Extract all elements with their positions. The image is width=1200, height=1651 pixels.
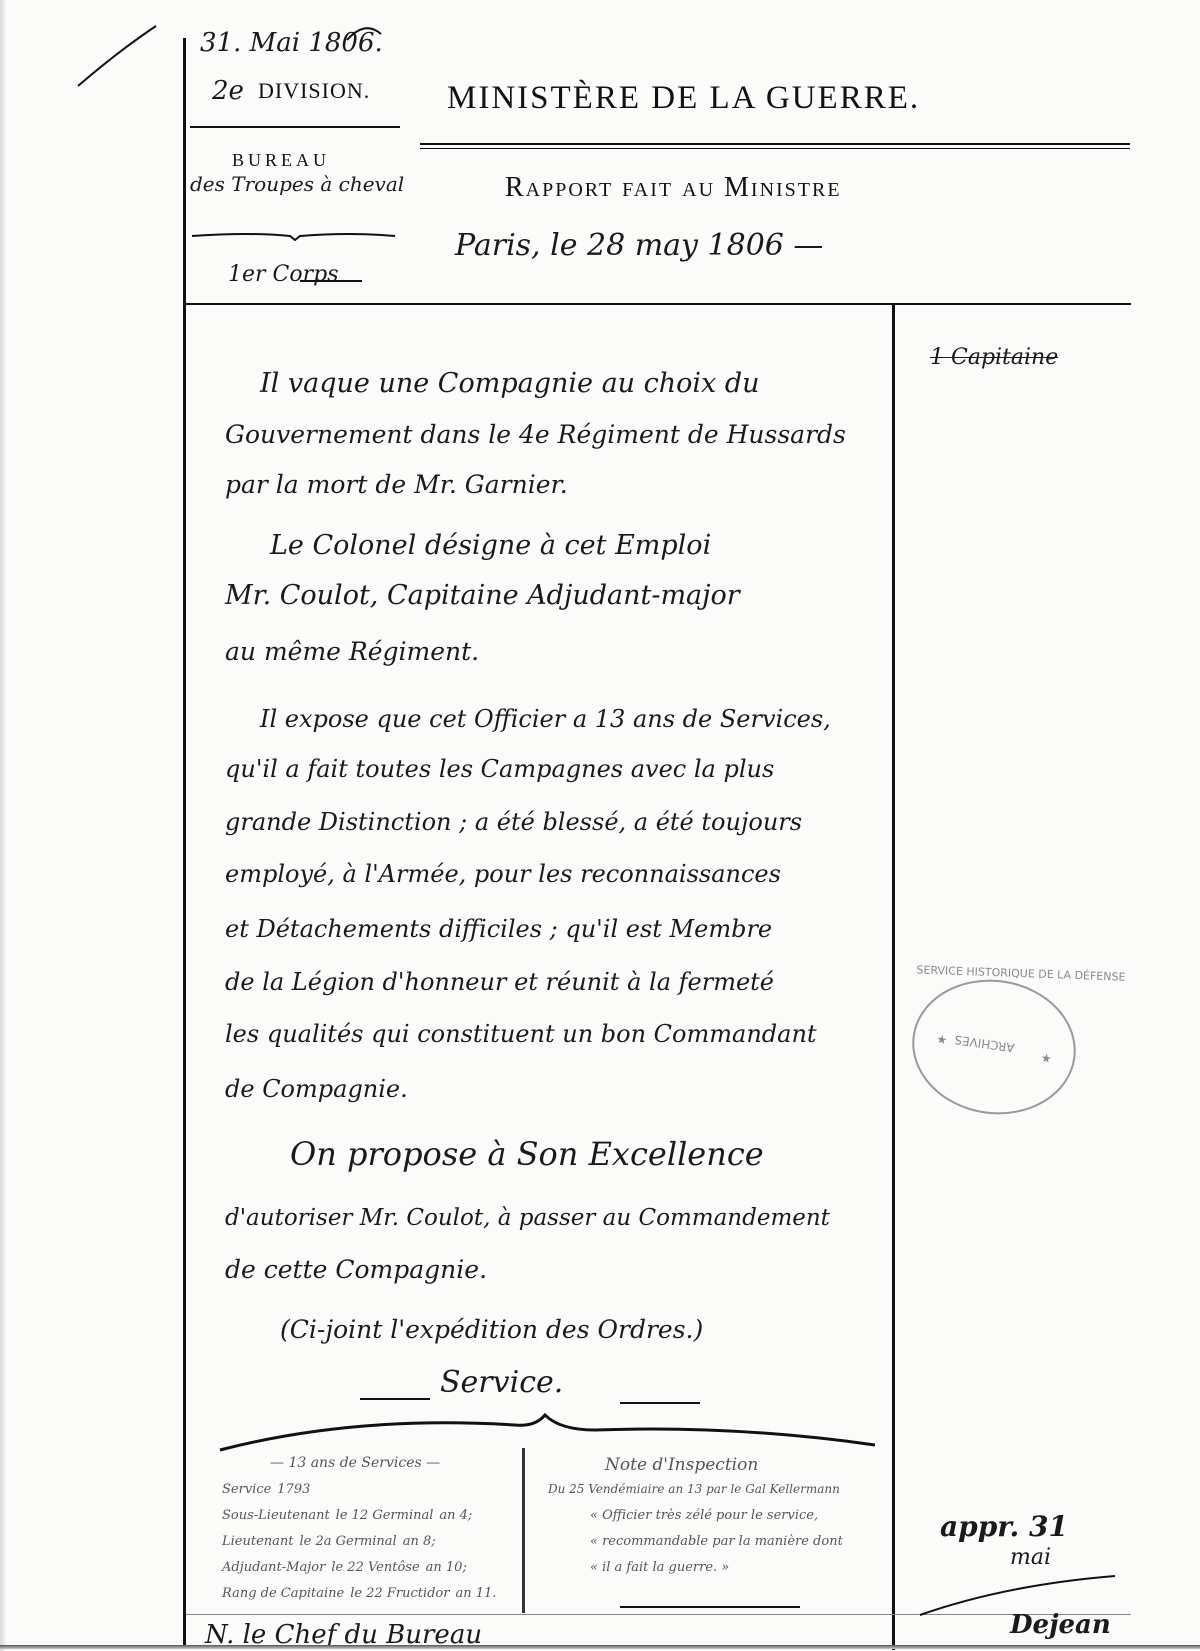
service-dash-right xyxy=(620,1402,700,1404)
date: le 22 Fructidor xyxy=(350,1586,449,1612)
rank: Rang de Capitaine xyxy=(222,1586,344,1612)
body-line: d'autoriser Mr. Coulot, à passer au Comm… xyxy=(225,1205,830,1231)
left-margin-rule xyxy=(183,38,186,1648)
flourish-icon xyxy=(345,20,385,50)
service-row: Service 1793 xyxy=(222,1482,507,1508)
scan-edge xyxy=(0,0,6,1651)
bureau-underline-flourish xyxy=(190,230,400,244)
body-line: par la mort de Mr. Garnier. xyxy=(225,470,568,499)
rank: Adjudant-Major xyxy=(222,1560,325,1586)
body-line: de cette Compagnie. xyxy=(225,1255,487,1284)
right-margin-rule xyxy=(892,305,895,1650)
place-date: Paris, le 28 may 1806 — xyxy=(455,228,823,263)
division-number: 2e xyxy=(212,76,244,106)
inspection-underline xyxy=(620,1606,800,1608)
archive-stamp: SERVICE HISTORIQUE DE LA DÉFENSE ★ ARCHI… xyxy=(903,969,1084,1125)
minister-signature: Dejean xyxy=(1010,1610,1111,1640)
date: le 2a Germinal xyxy=(300,1534,397,1560)
date: le 12 Germinal xyxy=(336,1508,434,1534)
service-row: Rang de Capitaine le 22 Fructidor an 11. xyxy=(222,1586,507,1612)
ministry-rule-bottom xyxy=(420,148,1130,149)
division-label: DIVISION. xyxy=(258,78,370,104)
body-line: Gouvernement dans le 4e Régiment de Huss… xyxy=(225,420,846,449)
corps-label: 1er Corps xyxy=(228,262,339,287)
rank: Sous-Lieutenant xyxy=(222,1508,330,1534)
enclosure-line: (Ci-joint l'expédition des Ordres.) xyxy=(280,1315,703,1344)
bureau-label: BUREAU xyxy=(232,150,330,171)
body-line: Il expose que cet Officier a 13 ans de S… xyxy=(260,705,831,733)
stamp-inner-text: ARCHIVES xyxy=(954,1033,1016,1055)
report-title: Rapport fait au Ministre xyxy=(505,172,842,204)
division-rule xyxy=(190,126,400,128)
date: le 22 Ventôse xyxy=(331,1560,419,1586)
page-bottom-edge xyxy=(0,1645,1200,1649)
body-line: Mr. Coulot, Capitaine Adjudant-major xyxy=(225,580,740,611)
header-separator xyxy=(186,303,1131,305)
year: an 4; xyxy=(439,1508,472,1534)
service-row: Adjudant-Major le 22 Ventôse an 10; xyxy=(222,1560,507,1586)
ministry-rule-top xyxy=(420,143,1130,145)
body-line: employé, à l'Armée, pour les reconnaissa… xyxy=(225,860,781,888)
stamp-star-icon: ★ xyxy=(936,1032,949,1047)
year: an 11. xyxy=(455,1586,496,1612)
bottom-swash-divider xyxy=(215,1405,875,1460)
stamp-star-icon: ★ xyxy=(1040,1051,1053,1066)
approval-month: mai xyxy=(1010,1545,1051,1570)
inspection-line: « il a fait la guerre. » xyxy=(590,1560,729,1575)
proposal-line: On propose à Son Excellence xyxy=(290,1135,764,1173)
body-line: au même Régiment. xyxy=(225,637,479,666)
body-line: Le Colonel désigne à cet Emploi xyxy=(270,530,711,561)
approval-note: appr. 31 xyxy=(940,1510,1068,1543)
body-line: et Détachements difficiles ; qu'il est M… xyxy=(225,915,772,943)
body-line: les qualités qui constituent un bon Comm… xyxy=(225,1020,817,1048)
corps-dash xyxy=(300,280,362,282)
pen-stroke-mark xyxy=(70,20,160,90)
inspection-bracket xyxy=(522,1448,525,1613)
year: an 10; xyxy=(426,1560,467,1586)
body-line: grande Distinction ; a été blessé, a été… xyxy=(225,808,802,836)
inspection-line: Du 25 Vendémiaire an 13 par le Gal Kelle… xyxy=(548,1482,840,1496)
inspection-line: « recommandable par la manière dont xyxy=(590,1534,843,1549)
year: an 8; xyxy=(403,1534,436,1560)
service-dash-left xyxy=(360,1398,430,1400)
margin-note: 1 Capitaine xyxy=(930,345,1058,370)
service-record-table: Service 1793 Sous-Lieutenant le 12 Germi… xyxy=(222,1482,507,1612)
service-row: Sous-Lieutenant le 12 Germinal an 4; xyxy=(222,1508,507,1534)
rank: Service xyxy=(222,1482,271,1508)
rank: Lieutenant xyxy=(222,1534,294,1560)
service-record-heading: — 13 ans de Services — xyxy=(270,1455,440,1471)
inspection-heading: Note d'Inspection xyxy=(605,1455,758,1475)
body-line: qu'il a fait toutes les Campagnes avec l… xyxy=(225,755,774,783)
stamp-outer-text: SERVICE HISTORIQUE DE LA DÉFENSE xyxy=(916,963,1125,983)
service-label: Service. xyxy=(440,1365,563,1400)
bureau-name: des Troupes à cheval xyxy=(190,172,404,196)
service-row: Lieutenant le 2a Germinal an 8; xyxy=(222,1534,507,1560)
body-line: de Compagnie. xyxy=(225,1075,408,1103)
body-line: Il vaque une Compagnie au choix du xyxy=(260,368,760,399)
inspection-line: « Officier très zélé pour le service, xyxy=(590,1508,818,1523)
body-line: de la Légion d'honneur et réunit à la fe… xyxy=(225,968,774,996)
date: 1793 xyxy=(277,1482,310,1508)
ministry-title: MINISTÈRE DE LA GUERRE. xyxy=(447,80,920,117)
